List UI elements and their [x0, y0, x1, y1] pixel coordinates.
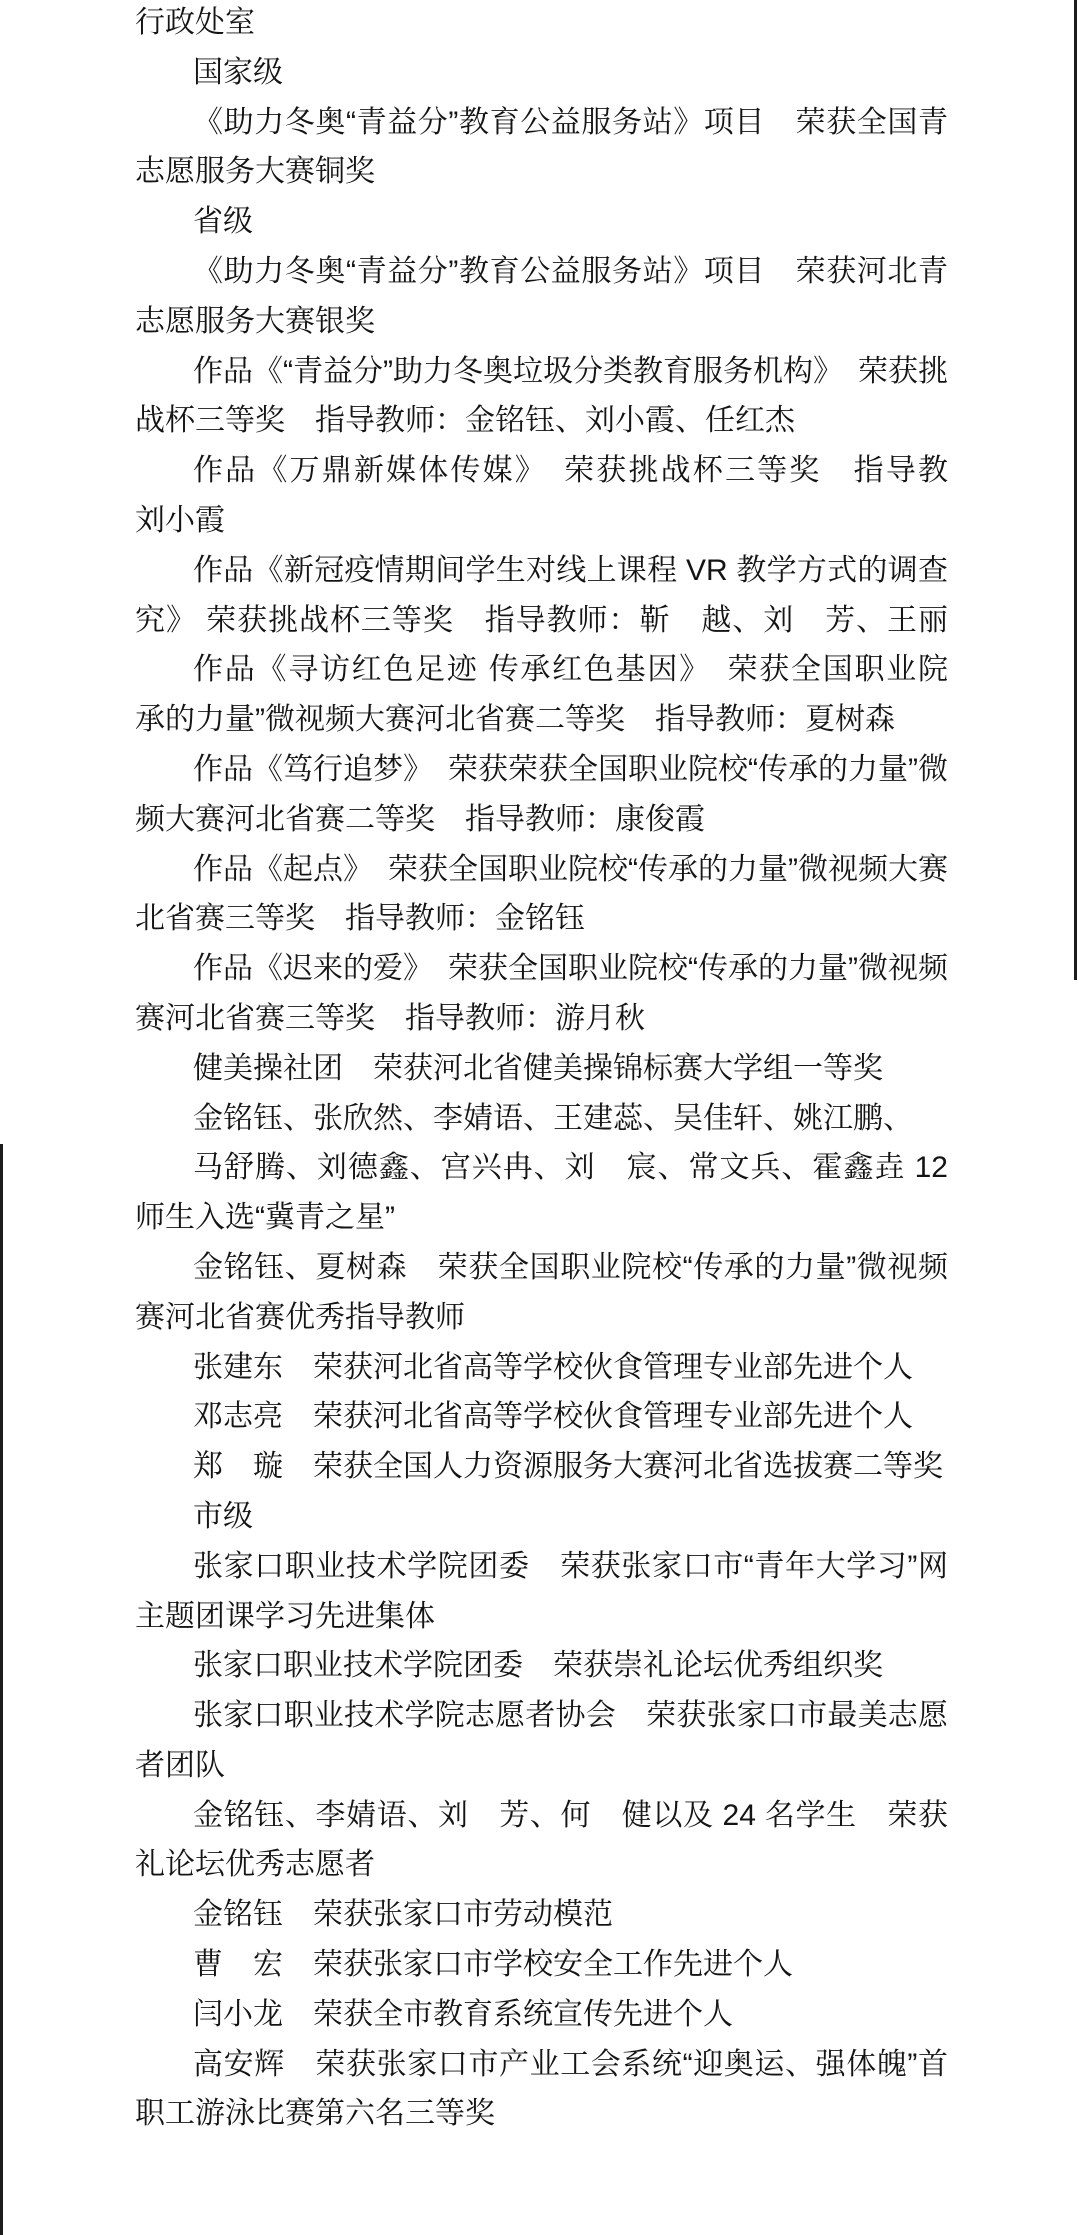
- text-line: 北省赛三等奖 指导教师：金铭钰: [135, 894, 948, 944]
- text-line: 张建东 荣获河北省高等学校伙食管理专业部先进个人: [135, 1343, 948, 1393]
- text-line: 《助力冬奥“青益分”教育公益服务站》项目 荣获全国青年: [135, 98, 948, 148]
- document-page: 行政处室国家级《助力冬奥“青益分”教育公益服务站》项目 荣获全国青年志愿服务大赛…: [0, 0, 1080, 2235]
- text-line: 职工游泳比赛第六名三等奖: [135, 2089, 948, 2139]
- text-line: 作品《起点》 荣获全国职业院校“传承的力量”微视频大赛河: [135, 845, 948, 895]
- text-line: 《助力冬奥“青益分”教育公益服务站》项目 荣获河北青年: [135, 247, 948, 297]
- text-line: 高安辉 荣获张家口市产业工会系统“迎奥运、强体魄”首届: [135, 2040, 948, 2090]
- text-line: 省级: [135, 197, 948, 247]
- text-line: 健美操社团 荣获河北省健美操锦标赛大学组一等奖: [135, 1044, 948, 1094]
- text-line: 作品《迟来的爱》 荣获全国职业院校“传承的力量”微视频大: [135, 944, 948, 994]
- text-line: 师生入选“冀青之星”: [135, 1193, 948, 1243]
- text-line: 赛河北省赛优秀指导教师: [135, 1293, 948, 1343]
- text-line: 作品《新冠疫情期间学生对线上课程 VR 教学方式的调查研: [135, 546, 948, 596]
- page-edge-line-left: [0, 1144, 3, 2235]
- text-line: 承的力量”微视频大赛河北省赛二等奖 指导教师：夏树森: [135, 695, 948, 745]
- text-line: 战杯三等奖 指导教师：金铭钰、刘小霞、任红杰: [135, 396, 948, 446]
- text-line: 作品《寻访红色足迹 传承红色基因》 荣获全国职业院校“传: [135, 645, 948, 695]
- text-line: 者团队: [135, 1741, 948, 1791]
- text-line: 主题团课学习先进集体: [135, 1592, 948, 1642]
- text-line: 行政处室: [135, 0, 948, 48]
- page-edge-line-right: [1074, 0, 1077, 980]
- text-line: 志愿服务大赛银奖: [135, 297, 948, 347]
- text-line: 马舒腾、刘德鑫、宫兴冉、刘 宸、常文兵、霍鑫垚 12 名: [135, 1143, 948, 1193]
- text-line: 闫小龙 荣获全市教育系统宣传先进个人: [135, 1990, 948, 2040]
- text-line: 金铭钰、张欣然、李婧语、王建蕊、吴佳轩、姚江鹏、: [135, 1094, 948, 1144]
- text-line: 金铭钰 荣获张家口市劳动模范: [135, 1890, 948, 1940]
- text-line: 频大赛河北省赛二等奖 指导教师：康俊霞: [135, 795, 948, 845]
- text-line: 市级: [135, 1492, 948, 1542]
- text-line: 张家口职业技术学院团委 荣获崇礼论坛优秀组织奖: [135, 1641, 948, 1691]
- text-line: 究》 荣获挑战杯三等奖 指导教师：靳 越、刘 芳、王丽琴: [135, 596, 948, 646]
- text-line: 张家口职业技术学院志愿者协会 荣获张家口市最美志愿: [135, 1691, 948, 1741]
- text-line: 礼论坛优秀志愿者: [135, 1840, 948, 1890]
- text-line: 金铭钰、夏树森 荣获全国职业院校“传承的力量”微视频大: [135, 1243, 948, 1293]
- text-line: 邓志亮 荣获河北省高等学校伙食管理专业部先进个人: [135, 1392, 948, 1442]
- text-line: 志愿服务大赛铜奖: [135, 147, 948, 197]
- text-line: 刘小霞: [135, 496, 948, 546]
- document-text-block: 行政处室国家级《助力冬奥“青益分”教育公益服务站》项目 荣获全国青年志愿服务大赛…: [135, 0, 948, 2139]
- text-line: 作品《“青益分”助力冬奥垃圾分类教育服务机构》 荣获挑: [135, 347, 948, 397]
- text-line: 作品《笃行追梦》 荣获荣获全国职业院校“传承的力量”微视: [135, 745, 948, 795]
- text-line: 曹 宏 荣获张家口市学校安全工作先进个人: [135, 1940, 948, 1990]
- text-line: 国家级: [135, 48, 948, 98]
- text-line: 作品《万鼎新媒体传媒》 荣获挑战杯三等奖 指导教师：: [135, 446, 948, 496]
- text-line: 张家口职业技术学院团委 荣获张家口市“青年大学习”网上: [135, 1542, 948, 1592]
- text-line: 金铭钰、李婧语、刘 芳、何 健以及 24 名学生 荣获崇: [135, 1791, 948, 1841]
- text-line: 赛河北省赛三等奖 指导教师：游月秋: [135, 994, 948, 1044]
- text-line: 郑 璇 荣获全国人力资源服务大赛河北省选拔赛二等奖: [135, 1442, 948, 1492]
